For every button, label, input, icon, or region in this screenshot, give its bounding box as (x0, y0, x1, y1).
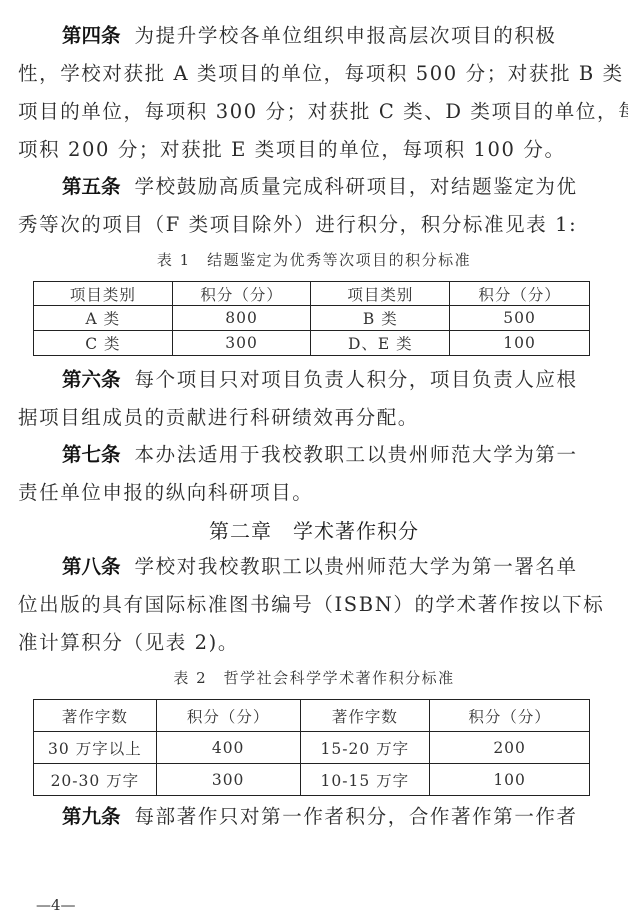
article-8-line-2: 位出版的具有国际标准图书编号（ISBN）的学术著作按以下标 (18, 593, 610, 617)
article-8-label: 第八条 (62, 555, 121, 578)
article-5-text: 学校鼓励高质量完成科研项目，对结题鉴定为优 (135, 175, 578, 198)
table-2-header-cell: 著作字数 (34, 700, 157, 732)
article-4-line-2: 性，学校对获批 A 类项目的单位，每项积 500 分；对获批 B 类 (18, 62, 610, 86)
article-9-line-1: 第九条每部著作只对第一作者积分，合作著作第一作者 (62, 805, 610, 829)
article-9-text: 每部著作只对第一作者积分，合作著作第一作者 (135, 805, 578, 828)
article-5-label: 第五条 (62, 175, 121, 198)
article-7-line-2: 责任单位申报的纵向科研项目。 (18, 481, 610, 505)
table-1-header-row: 项目类别 积分（分） 项目类别 积分（分） (34, 282, 590, 306)
article-7-label: 第七条 (62, 443, 121, 466)
table-cell: 20-30 万字 (34, 764, 157, 796)
table-cell: 10-15 万字 (300, 764, 430, 796)
table-cell: 30 万字以上 (34, 732, 157, 764)
table-cell: 800 (172, 306, 311, 331)
table-cell: C 类 (34, 331, 173, 356)
table-cell: D、E 类 (311, 331, 450, 356)
table-cell: 15-20 万字 (300, 732, 430, 764)
table-cell: 100 (450, 331, 590, 356)
table-2-header-cell: 著作字数 (300, 700, 430, 732)
table-2: 著作字数 积分（分） 著作字数 积分（分） 30 万字以上 400 15-20 … (33, 699, 590, 796)
article-9-label: 第九条 (62, 805, 121, 828)
article-6-label: 第六条 (62, 368, 121, 391)
article-8-line-3: 准计算积分（见表 2)。 (18, 631, 610, 655)
article-6-line-1: 第六条每个项目只对项目负责人积分，项目负责人应根 (62, 368, 610, 392)
table-1-header-cell: 积分（分） (450, 282, 590, 306)
table-cell: 300 (156, 764, 300, 796)
table-row: C 类 300 D、E 类 100 (34, 331, 590, 356)
chapter-2-heading: 第二章 学术著作积分 (0, 518, 628, 544)
table-1-caption: 表 1 结题鉴定为优秀等次项目的积分标准 (0, 250, 628, 270)
article-8-text: 学校对我校教职工以贵州师范大学为第一署名单 (135, 555, 578, 578)
table-2-header-row: 著作字数 积分（分） 著作字数 积分（分） (34, 700, 590, 732)
table-1: 项目类别 积分（分） 项目类别 积分（分） A 类 800 B 类 500 C … (33, 281, 590, 356)
table-row: 30 万字以上 400 15-20 万字 200 (34, 732, 590, 764)
table-cell: 300 (172, 331, 311, 356)
table-1-header-cell: 项目类别 (311, 282, 450, 306)
table-row: 20-30 万字 300 10-15 万字 100 (34, 764, 590, 796)
article-6-line-2: 据项目组成员的贡献进行科研绩效再分配。 (18, 406, 610, 430)
table-cell: 500 (450, 306, 590, 331)
article-5-line-1: 第五条学校鼓励高质量完成科研项目，对结题鉴定为优 (62, 175, 610, 199)
table-cell: 100 (430, 764, 590, 796)
article-4-line-4: 项积 200 分；对获批 E 类项目的单位，每项积 100 分。 (18, 138, 610, 162)
article-6-text: 每个项目只对项目负责人积分，项目负责人应根 (135, 368, 578, 391)
table-cell: A 类 (34, 306, 173, 331)
table-row: A 类 800 B 类 500 (34, 306, 590, 331)
article-8-line-1: 第八条学校对我校教职工以贵州师范大学为第一署名单 (62, 555, 610, 579)
table-1-header-cell: 项目类别 (34, 282, 173, 306)
article-4-label: 第四条 (62, 24, 121, 47)
article-7-text: 本办法适用于我校教职工以贵州师范大学为第一 (135, 443, 578, 466)
table-cell: B 类 (311, 306, 450, 331)
table-2-caption: 表 2 哲学社会科学学术著作积分标准 (0, 668, 628, 688)
article-7-line-1: 第七条本办法适用于我校教职工以贵州师范大学为第一 (62, 443, 610, 467)
article-4-line-3: 项目的单位，每项积 300 分；对获批 C 类、D 类项目的单位，每 (18, 100, 610, 124)
table-cell: 400 (156, 732, 300, 764)
table-2-header-cell: 积分（分） (156, 700, 300, 732)
page-number: —4— (36, 896, 76, 914)
table-cell: 200 (430, 732, 590, 764)
article-4-text: 为提升学校各单位组织申报高层次项目的积极 (135, 24, 557, 47)
article-5-line-2: 秀等次的项目（F 类项目除外）进行积分，积分标准见表 1: (18, 213, 610, 237)
article-4-line-1: 第四条为提升学校各单位组织申报高层次项目的积极 (62, 24, 610, 48)
table-1-header-cell: 积分（分） (172, 282, 311, 306)
table-2-header-cell: 积分（分） (430, 700, 590, 732)
